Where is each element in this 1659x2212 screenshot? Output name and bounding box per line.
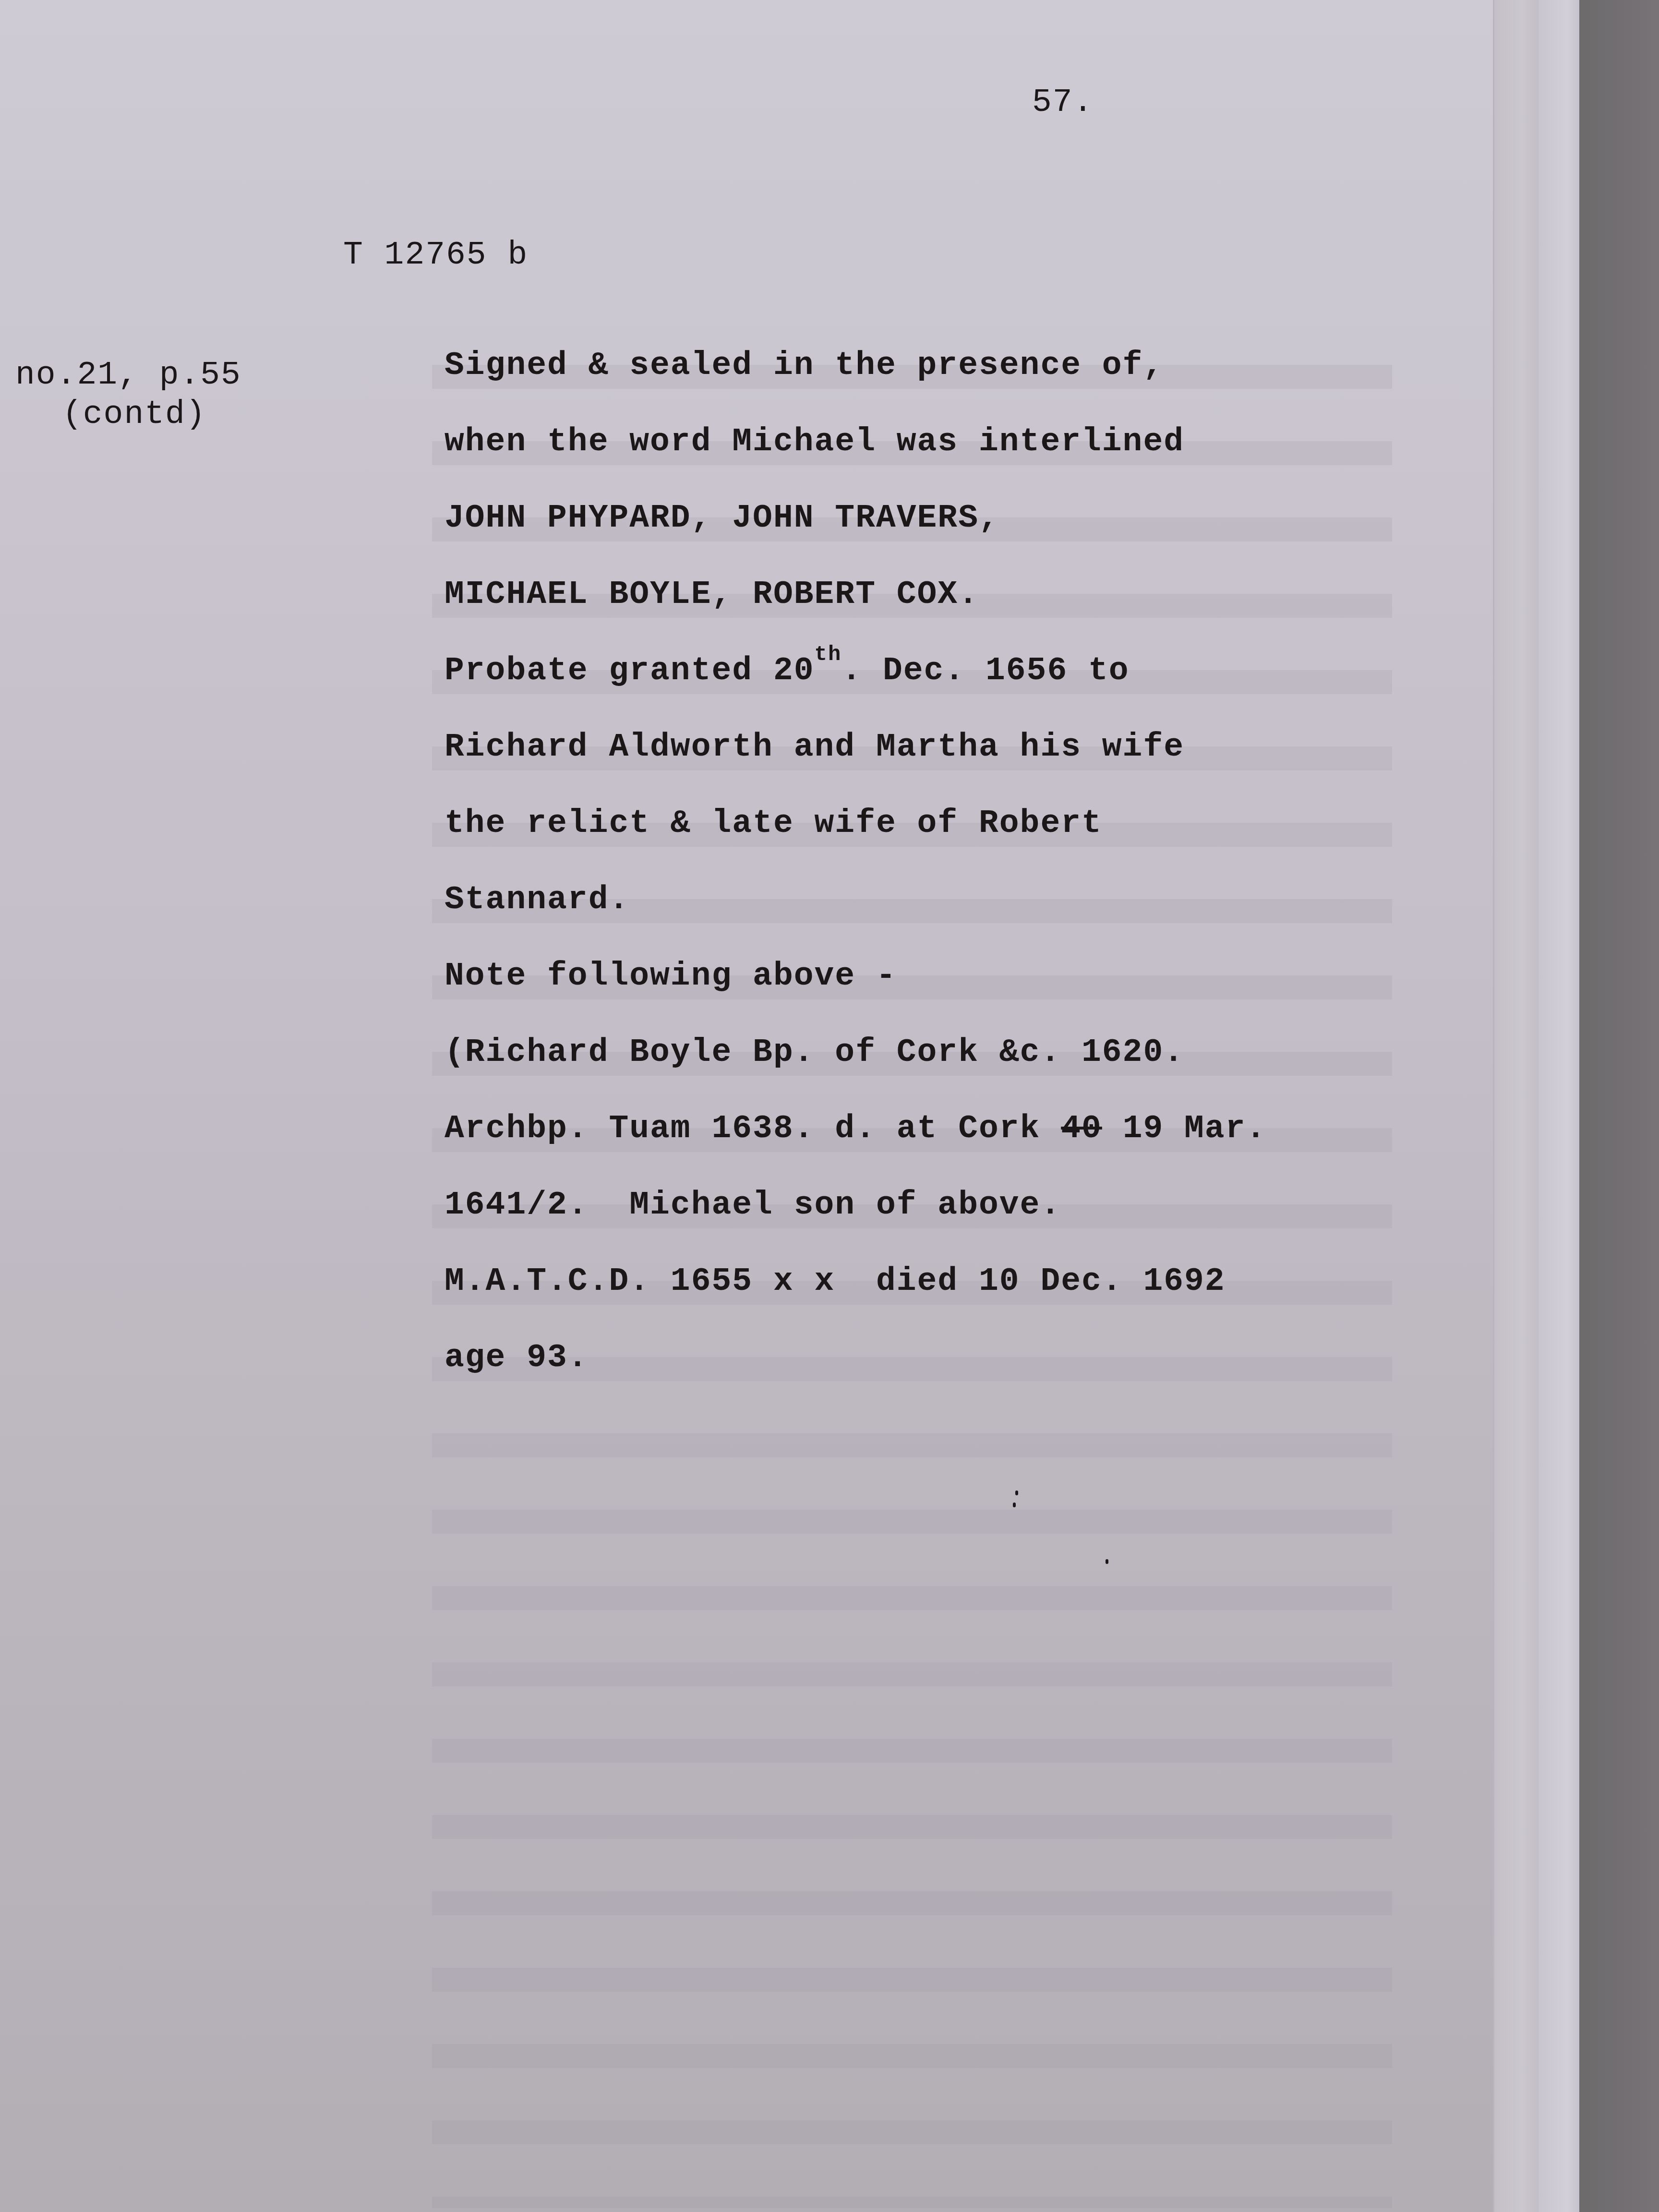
line-text: when the word Michael was interlined (445, 423, 1184, 460)
line-text: Archbp. Tuam 1638. d. at Cork (445, 1110, 1061, 1147)
line-text: Note following above - (445, 958, 897, 995)
ink-speck (1106, 1559, 1108, 1564)
line-text: (Richard Boyle Bp. of Cork &c. 1620. (445, 1034, 1184, 1071)
line-text-continued: . Dec. 1656 to (842, 652, 1129, 689)
line-text: Richard Aldworth and Martha his wife (445, 729, 1184, 766)
line-text: the relict & late wife of Robert (445, 805, 1102, 842)
superscript: th (815, 643, 842, 667)
line-text: 1641/2. Michael son of above. (445, 1187, 1061, 1224)
line-text-continued: 19 Mar. (1102, 1110, 1266, 1147)
body-line: Archbp. Tuam 1638. d. at Cork 40 19 Mar. (445, 1113, 1266, 1189)
body-line: (Richard Boyle Bp. of Cork &c. 1620. (445, 1036, 1266, 1113)
body-line: the relict & late wife of Robert (445, 807, 1266, 884)
body-line: JOHN PHYPARD, JOHN TRAVERS, (445, 502, 1266, 578)
body-line: 1641/2. Michael son of above. (445, 1189, 1266, 1265)
desk-background (1579, 0, 1659, 2212)
body-line: Richard Aldworth and Martha his wife (445, 731, 1266, 807)
line-text: MICHAEL BOYLE, ROBERT COX. (445, 576, 979, 613)
margin-note-continued: (contd) (62, 398, 206, 431)
line-text: Signed & sealed in the presence of, (445, 347, 1164, 384)
body-line: age 93. (445, 1342, 1266, 1418)
underlying-page-edge (1539, 0, 1579, 2212)
ink-speck (1015, 1491, 1018, 1495)
body-line: MICHAEL BOYLE, ROBERT COX. (445, 578, 1266, 655)
overtyped-text: 40 (1061, 1110, 1102, 1147)
body-line: Note following above - (445, 960, 1266, 1036)
body-line: when the word Michael was interlined (445, 426, 1266, 502)
body-line: Signed & sealed in the presence of, (445, 349, 1266, 426)
line-text: Stannard. (445, 881, 629, 918)
line-text: JOHN PHYPARD, JOHN TRAVERS, (445, 500, 999, 537)
margin-note-reference: no.21, p.55 (15, 359, 241, 392)
line-text: age 93. (445, 1339, 589, 1376)
ink-speck (1013, 1503, 1016, 1507)
reference-id: T 12765 b (343, 239, 528, 272)
body-line: Probate granted 20th. Dec. 1656 to (445, 655, 1266, 731)
underlying-page-edge (1493, 0, 1540, 2212)
body-line: M.A.T.C.D. 1655 x x died 10 Dec. 1692 (445, 1265, 1266, 1342)
line-text: M.A.T.C.D. 1655 x x died 10 Dec. 1692 (445, 1263, 1226, 1300)
page-number: 57. (1032, 86, 1094, 119)
body-text: Signed & sealed in the presence of,when … (445, 349, 1266, 1418)
body-line: Stannard. (445, 884, 1266, 960)
line-text: Probate granted 20 (445, 652, 815, 689)
